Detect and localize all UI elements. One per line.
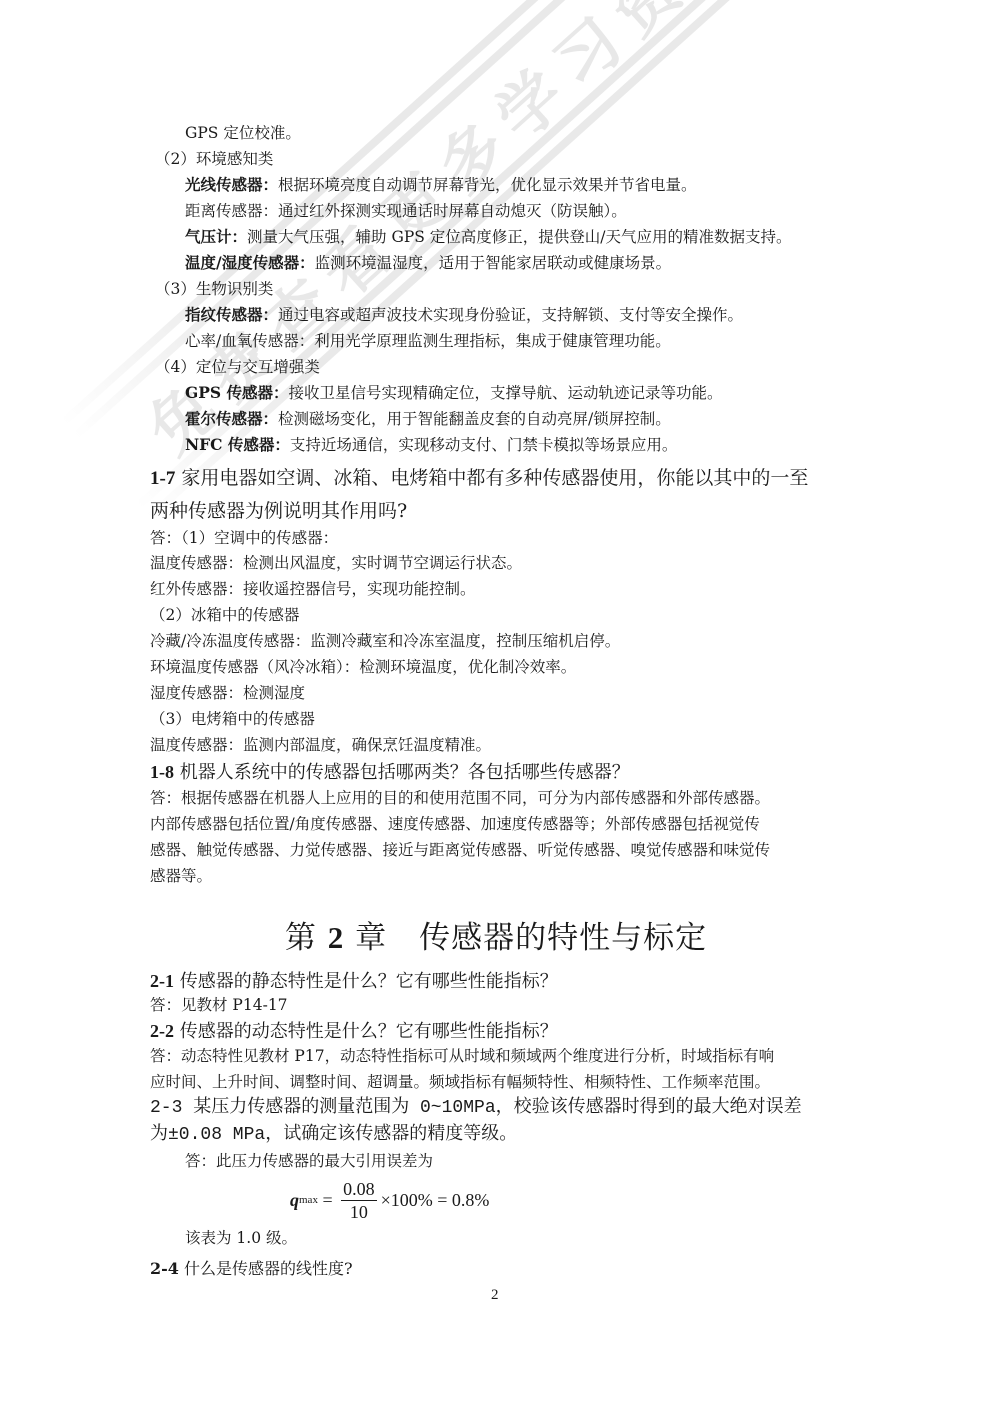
formula-rest: ×100% = 0.8% — [381, 1190, 490, 1211]
formula-subscript: max — [299, 1194, 318, 1206]
biometric-heading: （3）生物识别类 — [155, 278, 273, 300]
answer-line: 内部传感器包括位置/角度传感器、速度传感器、加速度传感器等；外部传感器包括视觉传 — [150, 813, 760, 835]
question-number: 1-8 — [150, 762, 174, 782]
bio-item-heart-rate: 心率/血氧传感器：利用光学原理监测生理指标，集成于健康管理功能。 — [185, 330, 671, 352]
loc-item-nfc: NFC 传感器：支持近场通信，实现移动支付、门禁卡模拟等场景应用。 — [185, 434, 677, 456]
question-number: 1-7 — [150, 468, 175, 489]
chapter-title: 第 2 章 传感器的特性与标定 — [0, 916, 992, 960]
env-item-barometer: 气压计：测量大气压强，辅助 GPS 定位高度修正，提供登山/天气应用的精准数据支… — [185, 226, 792, 248]
question-text: 什么是传感器的线性度? — [179, 1259, 353, 1278]
question-text: 传感器的动态特性是什么？它有哪些性能指标？ — [174, 1021, 558, 1042]
answer-line: 温度传感器：检测出风温度，实时调节空调运行状态。 — [150, 552, 522, 574]
item-text: 利用光学原理监测生理指标，集成于健康管理功能。 — [314, 332, 671, 350]
bio-item-fingerprint: 指纹传感器：通过电容或超声波技术实现身份验证，支持解锁、支付等安全操作。 — [185, 304, 743, 326]
env-item-temp-humidity: 温度/湿度传感器：监测环境温湿度，适用于智能家居联动或健康场景。 — [185, 252, 671, 274]
answer-line: （2）冰箱中的传感器 — [150, 604, 299, 626]
answer-line: 冷藏/冷冻温度传感器：监测冷藏室和冷冻室温度，控制压缩机启停。 — [150, 630, 620, 652]
answer-line: 感器等。 — [150, 865, 212, 887]
env-item-light: 光线传感器：根据环境亮度自动调节屏幕背光，优化显示效果并节省电量。 — [185, 174, 697, 196]
chapter-number: 2 — [328, 920, 345, 955]
answer-line: 湿度传感器：检测湿度 — [150, 682, 305, 704]
formula-variable: q — [290, 1190, 299, 1211]
question-2-3-line1: 2-3 某压力传感器的测量范围为 0~10MPa，校验该传感器时得到的最大绝对误… — [150, 1095, 802, 1121]
question-1-8: 1-8 机器人系统中的传感器包括哪两类？各包括哪些传感器？ — [150, 759, 630, 786]
question-1-7-line2: 两种传感器为例说明其作用吗? — [150, 498, 407, 524]
error-formula: qmax = 0.08 10 ×100% = 0.8% — [290, 1175, 489, 1225]
loc-item-hall: 霍尔传感器：检测磁场变化，用于智能翻盖皮套的自动亮屏/锁屏控制。 — [185, 408, 671, 430]
answer-line: 答：（1）空调中的传感器： — [150, 527, 338, 549]
formula-fraction: 0.08 10 — [341, 1178, 377, 1223]
question-text: 传感器的静态特性是什么？它有哪些性能指标？ — [174, 971, 558, 992]
chapter-name: 章 传感器的特性与标定 — [344, 920, 707, 956]
item-text: 测量大气压强，辅助 GPS 定位高度修正，提供登山/天气应用的精准数据支持。 — [247, 228, 792, 246]
item-label: 温度/湿度传感器： — [185, 253, 315, 272]
question-number: 2-1 — [150, 971, 174, 991]
answer-line: 温度传感器：监测内部温度，确保烹饪温度精准。 — [150, 734, 491, 756]
item-label: 气压计： — [185, 227, 247, 246]
page-number: 2 — [491, 1287, 499, 1304]
gps-calibration-text: GPS 定位校准。 — [185, 122, 301, 144]
question-2-3-line2: 为±0.08 MPa，试确定该传感器的精度等级。 — [150, 1122, 517, 1148]
answer-line: （3）电烤箱中的传感器 — [150, 708, 315, 730]
answer-line: 红外传感器：接收遥控器信号，实现功能控制。 — [150, 578, 476, 600]
item-label: GPS 传感器： — [185, 383, 288, 402]
item-text: 通过电容或超声波技术实现身份验证，支持解锁、支付等安全操作。 — [278, 306, 743, 324]
fraction-denominator: 10 — [350, 1201, 368, 1223]
loc-item-gps: GPS 传感器：接收卫星信号实现精确定位，支撑导航、运动轨迹记录等功能。 — [185, 382, 723, 404]
answer-line: 应时间、上升时间、调整时间、超调量。频域指标有幅频特性、相频特性、工作频率范围。 — [150, 1071, 770, 1093]
answer-line: 答：根据传感器在机器人上应用的目的和使用范围不同，可分为内部传感器和外部传感器。 — [150, 787, 770, 809]
item-label: 光线传感器： — [185, 175, 278, 194]
item-text: 检测磁场变化，用于智能翻盖皮套的自动亮屏/锁屏控制。 — [278, 410, 671, 428]
question-2-2: 2-2 传感器的动态特性是什么？它有哪些性能指标？ — [150, 1018, 558, 1045]
item-text: 通过红外探测实现通话时屏幕自动熄灭（防误触）。 — [278, 202, 627, 220]
answer-line: 环境温度传感器（风冷冰箱）：检测环境温度，优化制冷效率。 — [150, 656, 576, 678]
answer-line: 答：见教材 P14-17 — [150, 994, 288, 1016]
item-label: 霍尔传感器： — [185, 409, 278, 428]
answer-line: 答：动态特性见教材 P17，动态特性指标可从时域和频域两个维度进行分析，时域指标… — [150, 1045, 774, 1067]
location-heading: （4）定位与交互增强类 — [155, 356, 320, 378]
item-text: 根据环境亮度自动调节屏幕背光，优化显示效果并节省电量。 — [278, 176, 697, 194]
answer-line: 感器、触觉传感器、力觉传感器、接近与距离觉传感器、听觉传感器、嗅觉传感器和味觉传 — [150, 839, 770, 861]
item-label: NFC 传感器： — [185, 435, 290, 454]
env-item-proximity: 距离传感器：通过红外探测实现通话时屏幕自动熄灭（防误触）。 — [185, 200, 627, 222]
answer-conclusion: 该表为 1.0 级。 — [185, 1227, 297, 1249]
question-1-7-line1: 1-7 家用电器如空调、冰箱、电烤箱中都有多种传感器使用，你能以其中的一至 — [150, 465, 808, 492]
item-text: 监测环境温湿度，适用于智能家居联动或健康场景。 — [315, 254, 672, 272]
item-label: 距离传感器： — [185, 202, 278, 220]
fraction-numerator: 0.08 — [341, 1178, 377, 1201]
question-2-4: 2-4 什么是传感器的线性度? — [150, 1258, 353, 1280]
item-label: 指纹传感器： — [185, 305, 278, 324]
question-text: 机器人系统中的传感器包括哪两类？各包括哪些传感器？ — [174, 762, 630, 783]
question-2-1: 2-1 传感器的静态特性是什么？它有哪些性能指标？ — [150, 968, 558, 995]
env-sensing-heading: （2）环境感知类 — [155, 148, 273, 170]
item-text: 支持近场通信，实现移动支付、门禁卡模拟等场景应用。 — [290, 436, 678, 454]
item-text: 接收卫星信号实现精确定位，支撑导航、运动轨迹记录等功能。 — [288, 384, 722, 402]
question-number: 2-4 — [150, 1259, 179, 1278]
item-label: 心率/血氧传感器： — [185, 332, 314, 350]
chapter-prefix: 第 — [285, 920, 328, 956]
question-number: 2-2 — [150, 1021, 174, 1041]
answer-intro: 答：此压力传感器的最大引用误差为 — [185, 1150, 433, 1172]
formula-equals: = — [318, 1190, 337, 1211]
question-text: 家用电器如空调、冰箱、电烤箱中都有多种传感器使用，你能以其中的一至 — [175, 467, 808, 489]
